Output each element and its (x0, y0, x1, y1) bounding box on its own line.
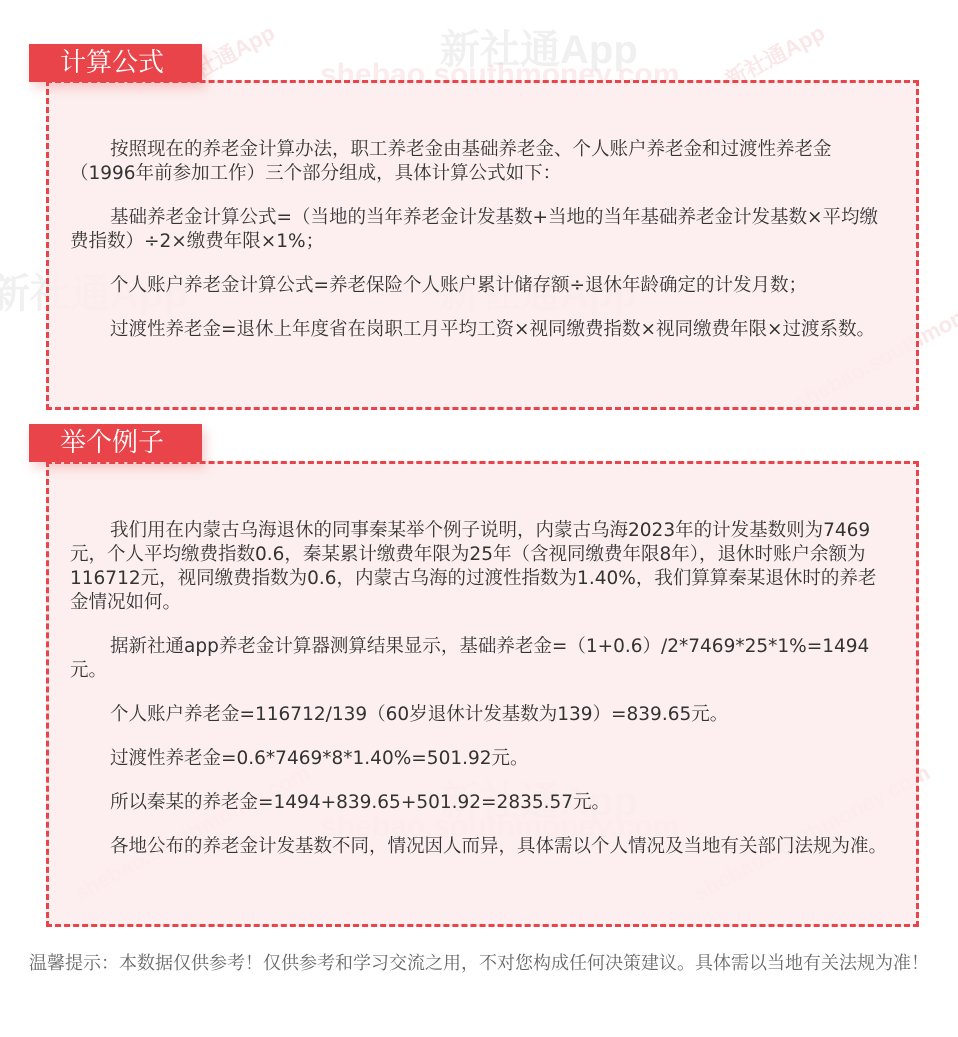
example-content-box: 我们用在内蒙古乌海退休的同事秦某举个例子说明，内蒙古乌海2023年的计发基数则为… (46, 461, 919, 927)
watermark-brand: 新社通App (440, 18, 638, 75)
personal-account-formula: 个人账户养老金计算公式=养老保险个人账户累计储存额÷退休年龄确定的计发月数； (70, 274, 894, 298)
transitional-pension-result: 过渡性养老金=0.6*7469*8*1.40%=501.92元。 (70, 747, 894, 771)
transitional-pension-formula: 过渡性养老金=退休上年度省在岗职工月平均工资×视同缴费指数×视同缴费年限×过渡系… (70, 318, 894, 342)
formula-section-title: 计算公式 (29, 44, 202, 82)
formula-content-box: 按照现在的养老金计算办法，职工养老金由基础养老金、个人账户养老金和过渡性养老金（… (46, 80, 919, 410)
basic-pension-result: 据新社通app养老金计算器测算结果显示，基础养老金=（1+0.6）/2*7469… (70, 635, 894, 683)
basic-pension-formula: 基础养老金计算公式=（当地的当年养老金计发基数+当地的当年基础养老金计发基数×平… (70, 206, 894, 254)
total-pension-result: 所以秦某的养老金=1494+839.65+501.92=2835.57元。 (70, 791, 894, 815)
footer-notice: 温馨提示：本数据仅供参考！仅供参考和学习交流之用，不对您构成任何决策建议。具体需… (18, 952, 940, 976)
example-intro-paragraph: 我们用在内蒙古乌海退休的同事秦某举个例子说明，内蒙古乌海2023年的计发基数则为… (70, 519, 894, 615)
personal-account-result: 个人账户养老金=116712/139（60岁退休计发基数为139）=839.65… (70, 703, 894, 727)
example-section-title: 举个例子 (29, 424, 202, 462)
disclaimer-paragraph: 各地公布的养老金计发基数不同，情况因人而异，具体需以个人情况及当地有关部门法规为… (70, 835, 894, 859)
formula-intro-paragraph: 按照现在的养老金计算办法，职工养老金由基础养老金、个人账户养老金和过渡性养老金（… (70, 138, 894, 186)
